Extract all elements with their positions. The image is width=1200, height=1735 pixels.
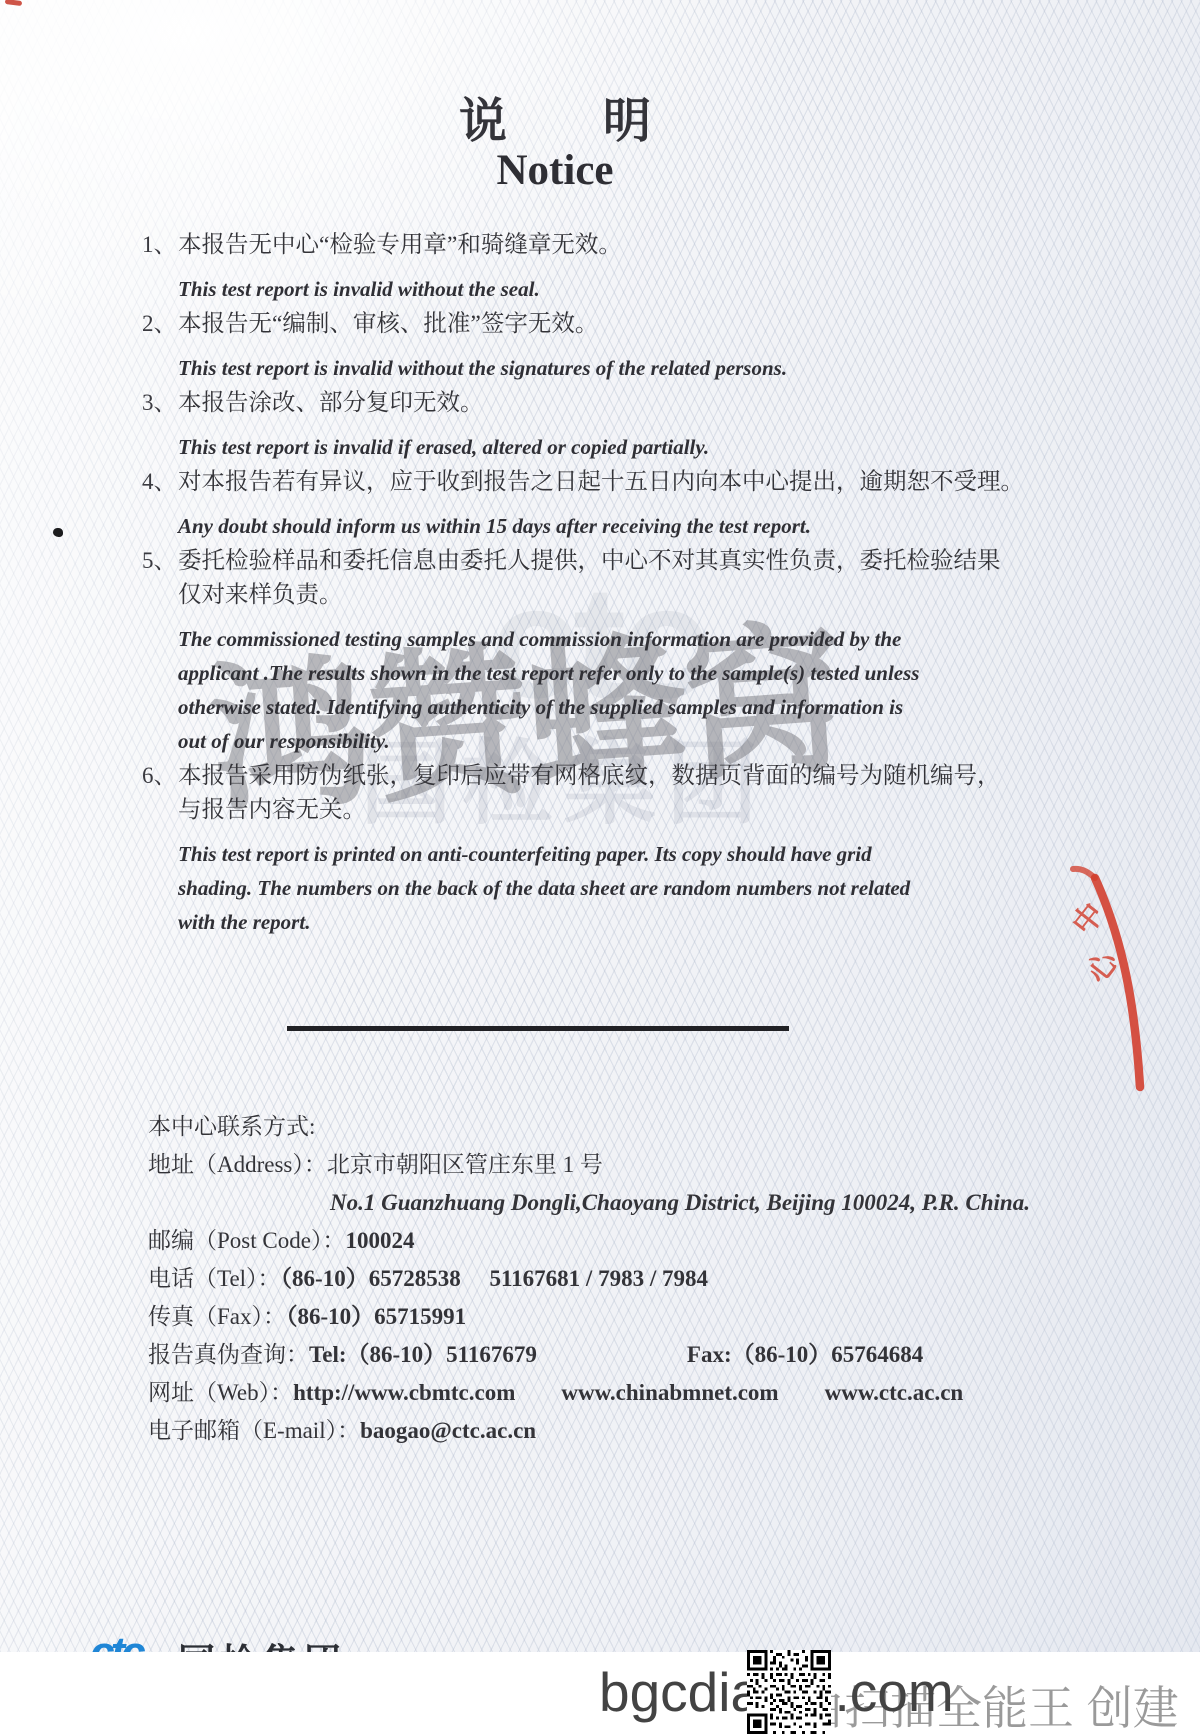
notice-item-1: 1、 本报告无中心“检验专用章”和骑缝章无效。 This test report…	[142, 228, 1086, 306]
email-label: 电子邮箱（E-mail）：	[148, 1418, 360, 1443]
web-value-3: www.ctc.ac.cn	[825, 1380, 964, 1405]
contact-verify-row: 报告真伪查询：Tel:（86-10）51167679Fax:（86-10）657…	[148, 1336, 1148, 1374]
divider-rule	[287, 1026, 789, 1031]
contact-heading: 本中心联系方式:	[148, 1108, 1148, 1146]
red-ink-speck	[5, 0, 22, 6]
item-english-text: This test report is printed on anti-coun…	[178, 837, 1083, 939]
address-value: 北京市朝阳区管庄东里 1 号	[327, 1152, 603, 1177]
fax-label: 传真（Fax）：	[148, 1304, 286, 1329]
contact-address-english: No.1 Guanzhuang Dongli,Chaoyang District…	[148, 1184, 1148, 1222]
item-english-text: This test report is invalid without the …	[178, 272, 1083, 306]
contact-fax-row: 传真（Fax）：（86-10）65715991	[148, 1298, 1148, 1336]
item-chinese-text: 本报告无“编制、审核、批准”签字无效。	[178, 307, 1086, 341]
contact-tel-row: 电话（Tel）：（86-10）65728538 51167681 / 7983 …	[148, 1260, 1148, 1298]
scan-speck	[53, 528, 63, 537]
web-value-2: www.chinabmnet.com	[561, 1380, 778, 1405]
postcode-label: 邮编（Post Code）：	[148, 1228, 345, 1253]
web-value-1: http://www.cbmtc.com	[293, 1380, 515, 1405]
contact-email-row: 电子邮箱（E-mail）：baogao@ctc.ac.cn	[148, 1412, 1148, 1450]
item-english-text: Any doubt should inform us within 15 day…	[178, 509, 1083, 543]
contact-address-row: 地址（Address）：北京市朝阳区管庄东里 1 号	[148, 1146, 1148, 1184]
tel-value: （86-10）65728538 51167681 / 7983 / 7984	[281, 1266, 708, 1291]
page-title-english: Notice	[310, 146, 800, 195]
brand-name-text: 国检集团	[178, 1632, 346, 1652]
item-chinese-text: 本报告涂改、部分复印无效。	[178, 386, 1086, 420]
qr-code	[747, 1650, 831, 1734]
verify-tel-value: Tel:（86-10）51167679	[309, 1342, 537, 1367]
seal-char-2: 心	[1081, 945, 1126, 990]
email-value: baogao@ctc.ac.cn	[360, 1418, 536, 1443]
web-label: 网址（Web）：	[148, 1380, 293, 1405]
item-chinese-text: 本报告无中心“检验专用章”和骑缝章无效。	[178, 228, 1086, 262]
tel-label: 电话（Tel）：	[148, 1266, 281, 1291]
item-chinese-text: 本报告采用防伪纸张，复印后应带有网格底纹，数据页背面的编号为随机编号， 与报告内…	[178, 759, 1086, 827]
verify-label: 报告真伪查询：	[148, 1342, 309, 1367]
item-english-text: This test report is invalid if erased, a…	[178, 430, 1083, 464]
item-chinese-text: 委托检验样品和委托信息由委托人提供，中心不对其真实性负责，委托检验结果 仅对来样…	[178, 544, 1086, 612]
ctc-logo-letters: ctc	[90, 1628, 142, 1652]
item-number: 6、	[142, 759, 177, 793]
notice-list: 1、 本报告无中心“检验专用章”和骑缝章无效。 This test report…	[142, 228, 1086, 940]
postcode-value: 100024	[345, 1228, 414, 1253]
notice-item-6: 6、 本报告采用防伪纸张，复印后应带有网格底纹，数据页背面的编号为随机编号， 与…	[142, 759, 1086, 939]
item-number: 2、	[142, 307, 177, 341]
page-title-chinese: 说 明	[310, 82, 800, 151]
notice-item-2: 2、 本报告无“编制、审核、批准”签字无效。 This test report …	[142, 307, 1086, 385]
item-english-text: The commissioned testing samples and com…	[178, 622, 1083, 758]
item-number: 5、	[142, 544, 177, 578]
contact-block: 本中心联系方式: 地址（Address）：北京市朝阳区管庄东里 1 号 No.1…	[148, 1108, 1148, 1450]
item-number: 1、	[142, 228, 177, 262]
scanned-paper: ctc 国检集团 鸿赞蜂窝 说 明 Notice 1、 本报告无中心“检验专用章…	[0, 0, 1200, 1652]
notice-item-5: 5、 委托检验样品和委托信息由委托人提供，中心不对其真实性负责，委托检验结果 仅…	[142, 544, 1086, 758]
notice-item-3: 3、 本报告涂改、部分复印无效。 This test report is inv…	[142, 386, 1086, 464]
item-chinese-text: 对本报告若有异议，应于收到报告之日起十五日内向本中心提出，逾期恕不受理。	[178, 465, 1086, 499]
verify-fax-value: Fax:（86-10）65764684	[687, 1342, 923, 1367]
item-number: 3、	[142, 386, 177, 420]
notice-item-4: 4、 对本报告若有异议，应于收到报告之日起十五日内向本中心提出，逾期恕不受理。 …	[142, 465, 1086, 543]
contact-postcode-row: 邮编（Post Code）：100024	[148, 1222, 1148, 1260]
contact-web-row: 网址（Web）：http://www.cbmtc.comwww.chinabmn…	[148, 1374, 1148, 1412]
address-label: 地址（Address）：	[148, 1152, 327, 1177]
item-number: 4、	[142, 465, 177, 499]
item-english-text: This test report is invalid without the …	[178, 351, 1083, 385]
fax-value: （86-10）65715991	[286, 1304, 466, 1329]
